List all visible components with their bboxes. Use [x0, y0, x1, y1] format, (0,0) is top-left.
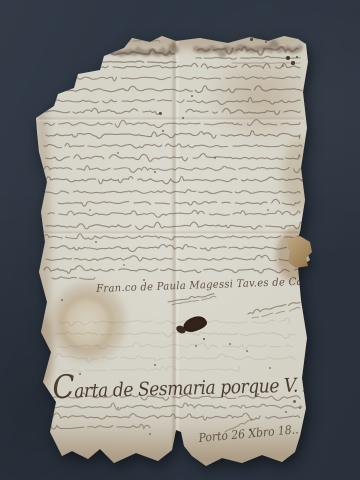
handwriting-line: [52, 277, 95, 280]
handwriting-line: [44, 266, 300, 274]
handwriting-line: [252, 307, 300, 318]
handwriting-line: [46, 131, 300, 139]
ink-spot: [267, 209, 269, 211]
handwriting-line: [55, 354, 295, 362]
handwriting-line: [50, 244, 300, 251]
ink-spot: [214, 157, 216, 159]
handwriting-line: [196, 43, 300, 55]
section-heading: Carta de Sesmaria porque V. Ex.a: [52, 361, 339, 406]
handwriting-line: [44, 413, 300, 420]
ink-spot: [305, 94, 307, 96]
handwriting-line: [248, 302, 300, 314]
handwriting-line: [46, 255, 302, 261]
handwriting-line: [196, 56, 300, 59]
handwriting-line: [48, 210, 300, 217]
ink-spot: [195, 345, 197, 347]
handwriting-line: [46, 154, 300, 162]
ink-spot: [149, 433, 151, 435]
handwriting-line: [44, 189, 300, 193]
ink-spot: [265, 41, 267, 43]
handwriting-line: [44, 166, 300, 173]
ink-spot: [291, 61, 294, 64]
ink-spot: [89, 209, 91, 211]
handwriting-line: [55, 332, 295, 338]
handwriting-line: [92, 40, 160, 42]
ink-spot: [257, 393, 259, 395]
ink-spot: [293, 400, 296, 403]
handwriting-line: [58, 199, 300, 206]
ink-spot: [117, 152, 119, 154]
handwriting-line: [46, 222, 302, 229]
ink-spot: [285, 411, 287, 413]
handwriting-line: [58, 61, 176, 63]
photograph-background: Fran.co de Paula Magessi Tav.es de Carv.…: [0, 0, 360, 480]
handwriting-line: [60, 318, 290, 326]
ink-spot: [117, 407, 119, 409]
handwriting-line: [58, 343, 292, 350]
handwriting-line: [46, 108, 160, 114]
handwriting-line: [46, 86, 302, 93]
ink-spot: [159, 112, 162, 115]
handwriting-line: [44, 97, 300, 104]
ink-spot: [143, 279, 145, 281]
handwriting-line: [58, 46, 176, 56]
handwriting-line: [44, 77, 300, 81]
handwriting-line: [44, 120, 300, 128]
handwriting-line: [186, 108, 300, 114]
handwriting-line: [46, 176, 302, 183]
handwriting-line: [44, 234, 300, 240]
handwriting-line: [46, 63, 300, 68]
handwriting-line: [210, 35, 272, 40]
handwriting-line: [44, 143, 302, 148]
ink-spot: [269, 367, 271, 369]
ink-spot: [286, 56, 290, 60]
ink-spot: [250, 38, 253, 41]
handwriting-line: [44, 424, 150, 429]
ink-spot: [282, 65, 284, 67]
ink-spot: [229, 343, 231, 345]
ink-spot: [123, 264, 125, 266]
